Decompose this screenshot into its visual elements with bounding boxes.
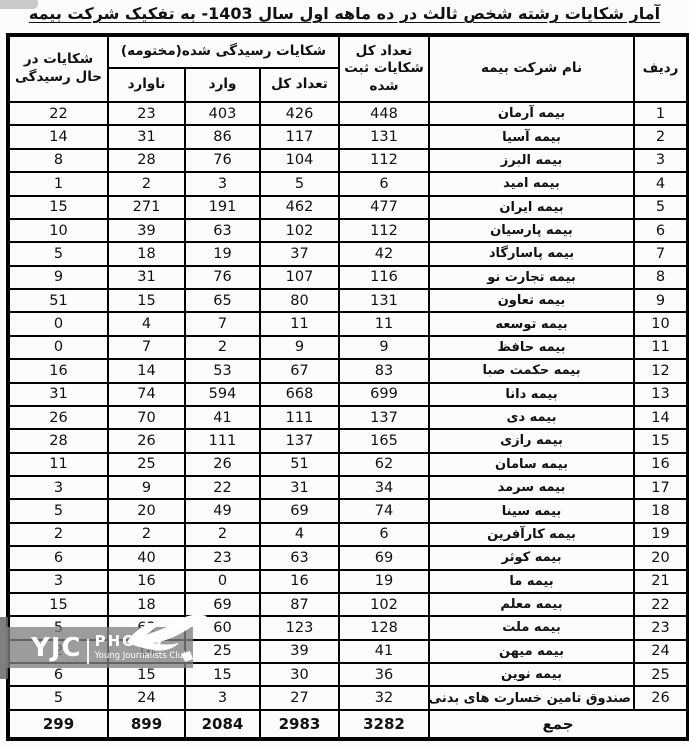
row-no: 19 <box>634 523 688 546</box>
invalid-count: 39 <box>108 219 185 242</box>
invalid-count: 7 <box>108 336 185 359</box>
in-progress-count: 3 <box>8 570 108 593</box>
valid-count: 60 <box>185 616 260 639</box>
registered-count: 32 <box>339 686 429 710</box>
table-row: 22بیمه معلم10287691815 <box>8 593 688 616</box>
valid-count: 65 <box>185 289 260 312</box>
valid-count: 2 <box>185 523 260 546</box>
valid-count: 41 <box>185 406 260 429</box>
row-no: 8 <box>634 266 688 289</box>
row-no: 18 <box>634 499 688 522</box>
registered-count: 112 <box>339 219 429 242</box>
registered-count: 34 <box>339 476 429 499</box>
company-name: بیمه حکمت صبا <box>429 359 634 382</box>
valid-count: 63 <box>185 219 260 242</box>
totals-processed-total: 2983 <box>260 710 339 739</box>
company-name: بیمه ملت <box>429 616 634 639</box>
company-name: بیمه آرمان <box>429 102 634 125</box>
company-name: صندوق تامین خسارت های بدنی <box>429 686 634 710</box>
invalid-count: 9 <box>108 476 185 499</box>
invalid-count: 15 <box>108 289 185 312</box>
company-name: بیمه آسیا <box>429 125 634 148</box>
processed-total-count: 117 <box>260 125 339 148</box>
row-no: 2 <box>634 125 688 148</box>
invalid-count: 25 <box>108 453 185 476</box>
processed-total-count: 16 <box>260 570 339 593</box>
invalid-count: 4 <box>108 312 185 335</box>
valid-count: 53 <box>185 359 260 382</box>
in-progress-count: 10 <box>8 219 108 242</box>
in-progress-count: 31 <box>8 383 108 406</box>
processed-total-count: 426 <box>260 102 339 125</box>
processed-total-count: 9 <box>260 336 339 359</box>
registered-count: 9 <box>339 336 429 359</box>
valid-count: 191 <box>185 196 260 219</box>
registered-count: 102 <box>339 593 429 616</box>
processed-total-count: 107 <box>260 266 339 289</box>
invalid-count: 16 <box>108 570 185 593</box>
company-name: بیمه سرمد <box>429 476 634 499</box>
totals-label: جمع <box>429 710 688 739</box>
row-no: 6 <box>634 219 688 242</box>
row-no: 10 <box>634 312 688 335</box>
table-row: 19بیمه کارآفرین64222 <box>8 523 688 546</box>
company-name: بیمه معلم <box>429 593 634 616</box>
registered-count: 699 <box>339 383 429 406</box>
processed-total-count: 668 <box>260 383 339 406</box>
valid-count: 69 <box>185 593 260 616</box>
valid-count: 22 <box>185 476 260 499</box>
table-row: 3بیمه البرز11210476288 <box>8 149 688 172</box>
in-progress-count: 15 <box>8 593 108 616</box>
company-name: بیمه دی <box>429 406 634 429</box>
invalid-count: 18 <box>108 242 185 265</box>
registered-count: 36 <box>339 663 429 686</box>
table-row: 1بیمه آرمان4484264032322 <box>8 102 688 125</box>
processed-total-count: 30 <box>260 663 339 686</box>
row-no: 25 <box>634 663 688 686</box>
row-no: 17 <box>634 476 688 499</box>
row-no: 12 <box>634 359 688 382</box>
valid-count: 15 <box>185 663 260 686</box>
col-header-processed-group: شکایات رسیدگی شده(مختومه) <box>108 35 339 68</box>
in-progress-count: 8 <box>8 149 108 172</box>
valid-count: 2 <box>185 336 260 359</box>
company-name: بیمه رازی <box>429 429 634 452</box>
row-no: 9 <box>634 289 688 312</box>
row-no: 7 <box>634 242 688 265</box>
row-no: 15 <box>634 429 688 452</box>
processed-total-count: 27 <box>260 686 339 710</box>
registered-count: 448 <box>339 102 429 125</box>
registered-count: 165 <box>339 429 429 452</box>
in-progress-count: 28 <box>8 429 108 452</box>
invalid-count: 24 <box>108 686 185 710</box>
registered-count: 11 <box>339 312 429 335</box>
col-header-valid: وارد <box>185 68 260 102</box>
registered-count: 74 <box>339 499 429 522</box>
company-name: بیمه دانا <box>429 383 634 406</box>
table-row: 14بیمه دی137111417026 <box>8 406 688 429</box>
valid-count: 86 <box>185 125 260 148</box>
registered-count: 112 <box>339 149 429 172</box>
col-header-company: نام شرکت بیمه <box>429 35 634 102</box>
valid-count: 76 <box>185 149 260 172</box>
processed-total-count: 37 <box>260 242 339 265</box>
company-name: بیمه پاسارگاد <box>429 242 634 265</box>
invalid-count: 74 <box>108 383 185 406</box>
invalid-count: 14 <box>108 359 185 382</box>
in-progress-count: 5 <box>8 242 108 265</box>
table-row: 16بیمه سامان6251262511 <box>8 453 688 476</box>
in-progress-count: 22 <box>8 102 108 125</box>
in-progress-count: 0 <box>8 336 108 359</box>
table-row: 21بیمه ما19160163 <box>8 570 688 593</box>
row-no: 24 <box>634 640 688 663</box>
watermark-photo-label: PHOTO <box>95 634 189 649</box>
invalid-count: 2 <box>108 523 185 546</box>
valid-count: 19 <box>185 242 260 265</box>
valid-count: 23 <box>185 546 260 569</box>
registered-count: 131 <box>339 289 429 312</box>
totals-valid: 2084 <box>185 710 260 739</box>
company-name: بیمه نوین <box>429 663 634 686</box>
processed-total-count: 63 <box>260 546 339 569</box>
row-no: 20 <box>634 546 688 569</box>
registered-count: 477 <box>339 196 429 219</box>
company-name: بیمه امید <box>429 172 634 195</box>
table-row: 9بیمه تعاون13180651551 <box>8 289 688 312</box>
company-name: بیمه ما <box>429 570 634 593</box>
processed-total-count: 123 <box>260 616 339 639</box>
company-name: بیمه سامان <box>429 453 634 476</box>
in-progress-count: 0 <box>8 312 108 335</box>
in-progress-count: 9 <box>8 266 108 289</box>
company-name: بیمه کارآفرین <box>429 523 634 546</box>
registered-count: 83 <box>339 359 429 382</box>
totals-registered: 3282 <box>339 710 429 739</box>
row-no: 5 <box>634 196 688 219</box>
col-header-invalid: ناوارد <box>108 68 185 102</box>
in-progress-count: 15 <box>8 196 108 219</box>
processed-total-count: 67 <box>260 359 339 382</box>
table-row: 4بیمه امید65321 <box>8 172 688 195</box>
registered-count: 137 <box>339 406 429 429</box>
in-progress-count: 1 <box>8 172 108 195</box>
page-title: آمار شکایات رشته شخص ثالث در ده ماهه اول… <box>0 4 689 23</box>
registered-count: 128 <box>339 616 429 639</box>
yjc-brand-text: YJC <box>31 635 82 661</box>
valid-count: 76 <box>185 266 260 289</box>
table-row: 15بیمه رازی1651371112628 <box>8 429 688 452</box>
company-name: بیمه تجارت نو <box>429 266 634 289</box>
valid-count: 403 <box>185 102 260 125</box>
invalid-count: 18 <box>108 593 185 616</box>
processed-total-count: 137 <box>260 429 339 452</box>
table-row: 17بیمه سرمد34312293 <box>8 476 688 499</box>
in-progress-count: 5 <box>8 686 108 710</box>
row-no: 11 <box>634 336 688 359</box>
company-name: بیمه توسعه <box>429 312 634 335</box>
company-name: بیمه کوثر <box>429 546 634 569</box>
row-no: 3 <box>634 149 688 172</box>
valid-count: 0 <box>185 570 260 593</box>
row-no: 4 <box>634 172 688 195</box>
row-no: 23 <box>634 616 688 639</box>
processed-total-count: 80 <box>260 289 339 312</box>
table-row: 7بیمه پاسارگاد423719185 <box>8 242 688 265</box>
invalid-count: 31 <box>108 266 185 289</box>
invalid-count: 28 <box>108 149 185 172</box>
processed-total-count: 39 <box>260 640 339 663</box>
invalid-count: 26 <box>108 429 185 452</box>
row-no: 16 <box>634 453 688 476</box>
in-progress-count: 16 <box>8 359 108 382</box>
registered-count: 41 <box>339 640 429 663</box>
watermark-subtitle: Young Journalists Club <box>95 652 189 661</box>
totals-invalid: 899 <box>108 710 185 739</box>
company-name: بیمه حافظ <box>429 336 634 359</box>
invalid-count: 2 <box>108 172 185 195</box>
company-name: بیمه پارسیان <box>429 219 634 242</box>
row-no: 14 <box>634 406 688 429</box>
in-progress-count: 14 <box>8 125 108 148</box>
col-header-row-no: ردیف <box>634 35 688 102</box>
invalid-count: 23 <box>108 102 185 125</box>
in-progress-count: 6 <box>8 546 108 569</box>
in-progress-count: 51 <box>8 289 108 312</box>
row-no: 21 <box>634 570 688 593</box>
processed-total-count: 51 <box>260 453 339 476</box>
registered-count: 62 <box>339 453 429 476</box>
row-no: 13 <box>634 383 688 406</box>
valid-count: 3 <box>185 172 260 195</box>
processed-total-count: 69 <box>260 499 339 522</box>
processed-total-count: 5 <box>260 172 339 195</box>
processed-total-count: 4 <box>260 523 339 546</box>
processed-total-count: 462 <box>260 196 339 219</box>
registered-count: 42 <box>339 242 429 265</box>
company-name: بیمه ایران <box>429 196 634 219</box>
company-name: بیمه سینا <box>429 499 634 522</box>
processed-total-count: 102 <box>260 219 339 242</box>
invalid-count: 70 <box>108 406 185 429</box>
valid-count: 594 <box>185 383 260 406</box>
yjc-watermark: YJC PHOTO Young Journalists Club <box>6 627 193 668</box>
table-body: 1بیمه آرمان44842640323222بیمه آسیا131117… <box>8 102 688 710</box>
table-row: 10بیمه توسعه1111740 <box>8 312 688 335</box>
registered-count: 19 <box>339 570 429 593</box>
company-name: بیمه البرز <box>429 149 634 172</box>
table-row: 6بیمه پارسیان112102633910 <box>8 219 688 242</box>
in-progress-count: 26 <box>8 406 108 429</box>
invalid-count: 40 <box>108 546 185 569</box>
col-header-in-progress: شکایات در حال رسیدگی <box>8 35 108 102</box>
table-row: 26صندوق تامین خسارت های بدنی32273245 <box>8 686 688 710</box>
company-name: بیمه میهن <box>429 640 634 663</box>
complaints-report-photo: آمار شکایات رشته شخص ثالث در ده ماهه اول… <box>0 0 689 748</box>
row-no: 22 <box>634 593 688 616</box>
invalid-count: 20 <box>108 499 185 522</box>
in-progress-count: 5 <box>8 499 108 522</box>
registered-count: 6 <box>339 172 429 195</box>
invalid-count: 31 <box>108 125 185 148</box>
registered-count: 6 <box>339 523 429 546</box>
valid-count: 25 <box>185 640 260 663</box>
valid-count: 111 <box>185 429 260 452</box>
invalid-count: 271 <box>108 196 185 219</box>
table-row: 12بیمه حکمت صبا8367531416 <box>8 359 688 382</box>
processed-total-count: 31 <box>260 476 339 499</box>
table-row: 11بیمه حافظ99270 <box>8 336 688 359</box>
in-progress-count: 2 <box>8 523 108 546</box>
valid-count: 49 <box>185 499 260 522</box>
totals-in-progress: 299 <box>8 710 108 739</box>
table-row: 8بیمه تجارت نو11610776319 <box>8 266 688 289</box>
processed-total-count: 11 <box>260 312 339 335</box>
registered-count: 131 <box>339 125 429 148</box>
col-header-total-registered: تعداد کل شکایات ثبت شده <box>339 35 429 102</box>
valid-count: 26 <box>185 453 260 476</box>
totals-row: جمع 3282 2983 2084 899 299 <box>8 710 688 739</box>
table-row: 18بیمه سینا746949205 <box>8 499 688 522</box>
registered-count: 69 <box>339 546 429 569</box>
valid-count: 7 <box>185 312 260 335</box>
col-header-processed-total: تعداد کل <box>260 68 339 102</box>
in-progress-count: 3 <box>8 476 108 499</box>
table-row: 20بیمه کوثر696323406 <box>8 546 688 569</box>
in-progress-count: 11 <box>8 453 108 476</box>
processed-total-count: 87 <box>260 593 339 616</box>
processed-total-count: 111 <box>260 406 339 429</box>
table-row: 2بیمه آسیا131117863114 <box>8 125 688 148</box>
watermark-divider <box>87 639 89 664</box>
processed-total-count: 104 <box>260 149 339 172</box>
table-row: 5بیمه ایران47746219127115 <box>8 196 688 219</box>
company-name: بیمه تعاون <box>429 289 634 312</box>
valid-count: 3 <box>185 686 260 710</box>
row-no: 26 <box>634 686 688 710</box>
table-row: 13بیمه دانا6996685947431 <box>8 383 688 406</box>
row-no: 1 <box>634 102 688 125</box>
registered-count: 116 <box>339 266 429 289</box>
